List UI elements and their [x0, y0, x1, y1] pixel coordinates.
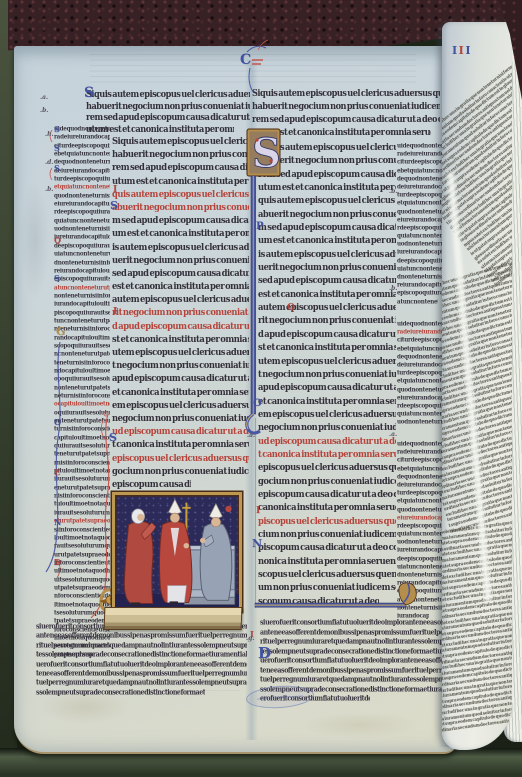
left-main-text-column: Siquis autem episcopus uel clericus adue… — [112, 134, 249, 490]
bottom-commentary-left: si uero fuerit consortium fiat ut uoluer… — [36, 622, 247, 697]
decorated-initial-s: S — [54, 125, 60, 133]
right-column-intro-text: Siquis autem episcopus uel clericus adue… — [252, 86, 440, 138]
decorated-initial-e: E — [54, 468, 60, 476]
marginal-reference-letter: .a. — [247, 432, 255, 439]
parchment-stain — [300, 712, 420, 738]
decorated-initial-q: Q — [287, 304, 295, 313]
curled-text-lower: tum uel dampna solet excludi hec una in … — [442, 512, 512, 734]
text-line: scopum causa dicatur ut a deo constitutu… — [258, 594, 379, 609]
standing-cleric-figure — [124, 509, 156, 606]
marginal-reference-letter: .b. — [389, 285, 397, 292]
decorated-initial-d: D — [54, 558, 61, 566]
decorated-initial-o: O — [54, 418, 61, 426]
left-gloss-column: uide quod non tenetur nisi in foro consc… — [54, 125, 110, 659]
decorated-initial-i: I — [256, 507, 260, 516]
right-main-text-column: Siquis autem episcopus uel clericus adue… — [258, 140, 396, 607]
text-line: negocium non prius conueniat iudicem sec… — [258, 420, 396, 435]
decorated-initial-n: N — [252, 538, 262, 549]
marginal-reference-letter: .a. — [40, 94, 48, 101]
decorated-initial-g: G — [56, 326, 65, 337]
decorated-initial-s: S — [109, 432, 117, 443]
text-line: canonica instituta per omnia seruentur q… — [258, 500, 396, 515]
miniature-painting — [112, 492, 242, 612]
text-line: st et canonica instituta per omnia serue… — [258, 340, 396, 355]
decorated-initial-n: N — [54, 518, 61, 526]
decorated-initial-d: D — [258, 646, 271, 661]
text-line: utum est et canonica instituta per omnia… — [252, 125, 431, 140]
manuscript-photo: Siquis autem episcopus uel clericus adue… — [0, 0, 522, 777]
text-line: episcopum causa dicatur ut a deo constit… — [112, 477, 191, 492]
decorated-initial-s: S — [54, 164, 60, 172]
text-line: Siquis autem episcopus uel clericus adue… — [86, 88, 250, 101]
text-line: apud episcopum causa dicatur ut a deo co… — [258, 380, 396, 395]
marginal-reference-letter: .a. — [389, 431, 397, 438]
decorated-initial-i: I — [113, 308, 117, 317]
ink-showthrough — [90, 54, 416, 86]
decorated-initial-s: S — [54, 274, 60, 282]
decorated-initial-i: I — [113, 186, 117, 195]
decorated-initial-s: S — [54, 144, 60, 152]
text-line: t canonica instituta per omnia seruentur… — [112, 437, 249, 452]
text-line: s solempne ut supra de consecratione dis… — [36, 688, 205, 699]
miniature-plinth — [104, 607, 243, 630]
marginal-reference-letter: .b. — [45, 186, 53, 193]
folio-number-stroke: I — [465, 44, 472, 57]
decorated-initial-o: O — [253, 399, 262, 409]
parchment-stain — [20, 180, 50, 300]
text-line: episcopus uel clericus aduersus quempiam… — [258, 460, 396, 475]
decorated-initial-p: P — [256, 222, 264, 232]
decorated-initial-s: S — [110, 200, 118, 211]
marginal-reference-letter: .g. — [246, 635, 254, 642]
miniature-scene — [115, 495, 239, 609]
curled-next-folio: tum uel dampna solet excludi hec una in … — [442, 22, 512, 750]
text-line: um est et canonica instituta per omnia s… — [112, 226, 249, 241]
decorated-initial-q: Q — [54, 236, 61, 244]
decorated-initial-c: C — [240, 53, 251, 67]
bishop-with-crozier-figure — [159, 499, 191, 604]
text-line: rem sed apud episcopum causa dicatur ut … — [112, 160, 249, 175]
text-line: apud episcopum causa dicatur ut a deo co… — [112, 371, 249, 386]
text-line: rem sed apud episcopum causa dicatur ut … — [86, 111, 250, 124]
seated-bishop-figure — [200, 504, 232, 601]
decorated-initial-s: S — [84, 86, 94, 100]
marginal-reference-letter: .b. — [389, 188, 397, 195]
marginal-reference-letter: .d. — [45, 159, 53, 166]
marginal-reference-letter: .h. — [45, 131, 54, 138]
marginal-reference-letter: .b. — [40, 107, 48, 114]
left-column-intro-text: Siquis autem episcopus uel clericus adue… — [86, 88, 250, 134]
text-line: rit negocium non prius conueniat iudicem… — [112, 305, 249, 320]
text-line: a tunc non tenetur ut patet supra eodem … — [397, 298, 438, 307]
folio-number: III — [452, 44, 472, 57]
folio-number-stroke: I — [452, 44, 459, 57]
